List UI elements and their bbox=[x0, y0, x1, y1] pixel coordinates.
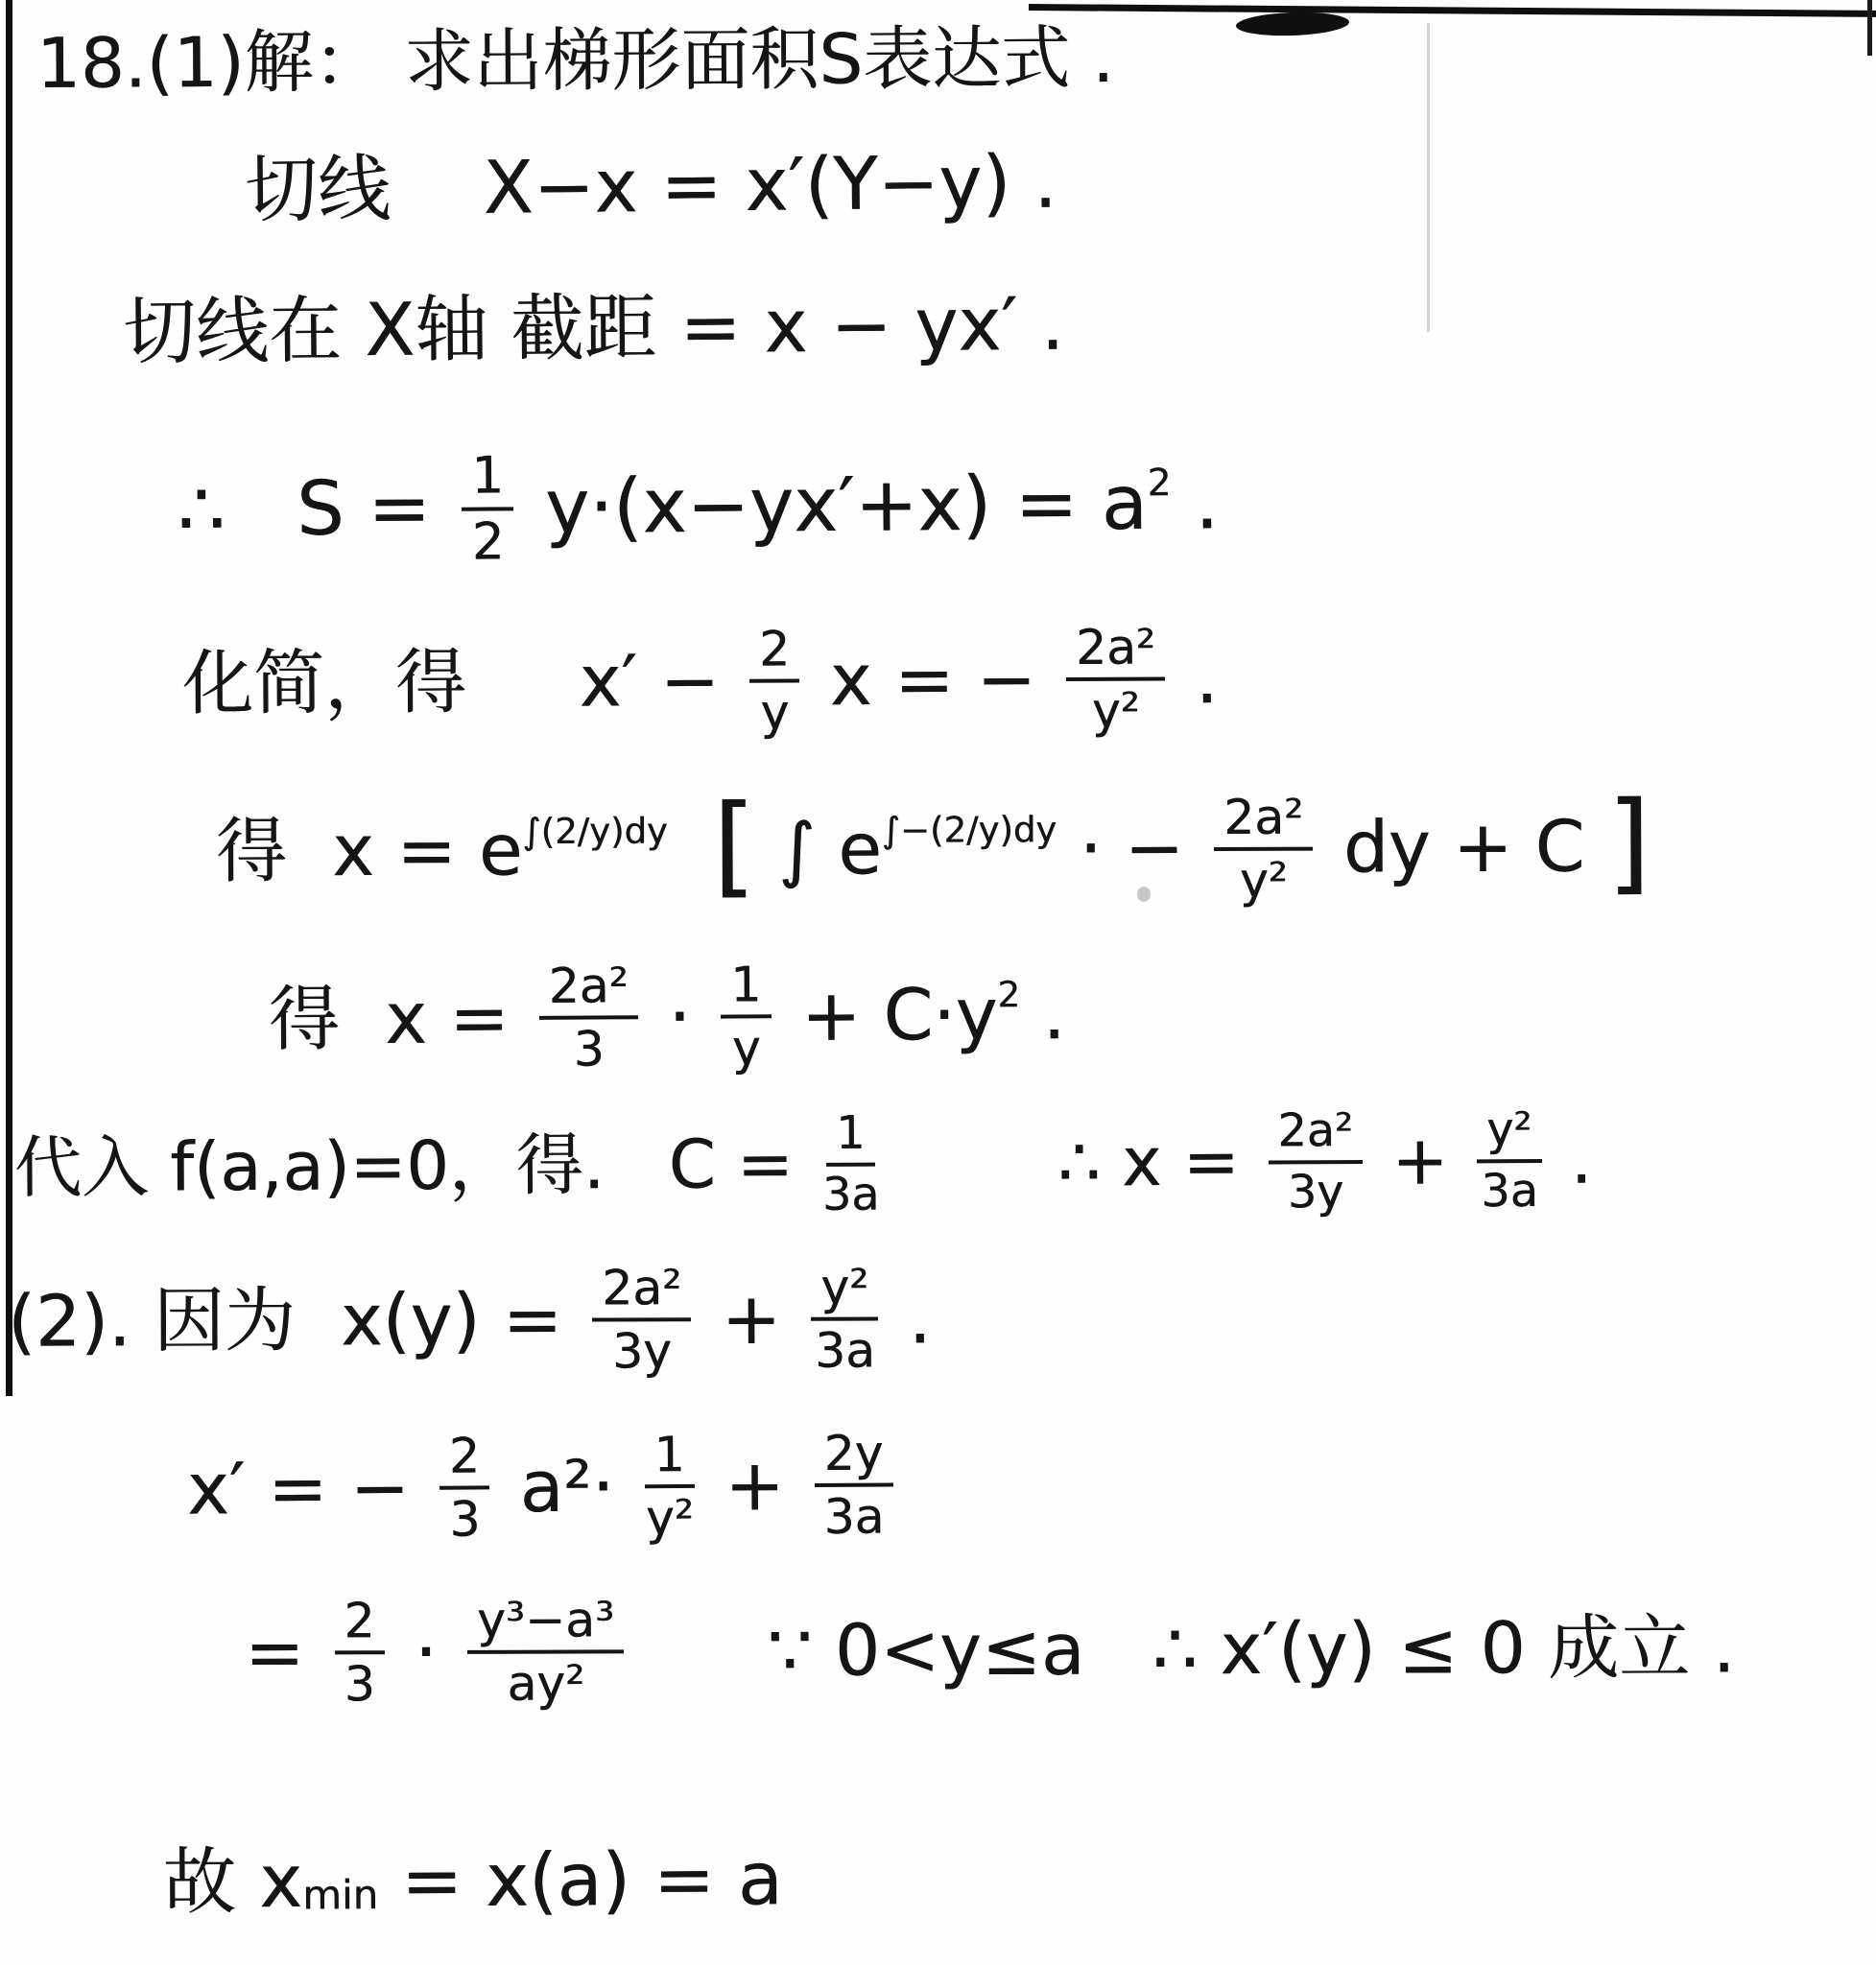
fraction-numerator: 1 bbox=[721, 960, 771, 1019]
text-run: ∴ x = bbox=[887, 1124, 1261, 1203]
fraction-numerator: 1 bbox=[462, 450, 513, 510]
fraction-denominator: 3 bbox=[573, 1020, 604, 1075]
text-run: 得 x = e bbox=[216, 811, 523, 893]
fraction-numerator: 2a² bbox=[1066, 623, 1165, 681]
superscript: ∫−(2/y)dy bbox=[882, 810, 1057, 851]
text-run: . bbox=[1020, 974, 1066, 1055]
fraction-denominator: 3 bbox=[344, 1655, 375, 1709]
fraction-numerator: 2 bbox=[439, 1432, 489, 1490]
text-run: ∵ 0<y≤a ∴ x′(y) ≤ 0 成立 . bbox=[631, 1607, 1735, 1693]
fraction-numerator: 2a² bbox=[1214, 793, 1313, 851]
fraction-numerator: y² bbox=[1477, 1107, 1542, 1163]
scan-artifact-top-line bbox=[1029, 4, 1876, 17]
text-run: 切线在 X轴 截距 = x − yx′ . bbox=[123, 282, 1065, 374]
constant-evaluation-line: 代入 f(a,a)=0，得. C = 13a ∴ x = 2a²3y + y²3… bbox=[14, 1107, 1593, 1222]
text-run: x = − bbox=[807, 639, 1058, 722]
text-run: 故 x bbox=[163, 1839, 303, 1924]
text-run: + bbox=[699, 1279, 803, 1361]
text-run: · bbox=[646, 976, 714, 1058]
fraction-denominator: 3a bbox=[815, 1321, 875, 1376]
scan-artifact-faint-vertical-line bbox=[1427, 23, 1430, 332]
text-run: 得 x = bbox=[269, 978, 532, 1061]
tangent-line-equation: 切线 X−x = x′(Y−y) . bbox=[245, 140, 1057, 232]
superscript: 2 bbox=[997, 975, 1020, 1016]
fraction: 2a²3 bbox=[538, 961, 638, 1074]
bracket: [ bbox=[713, 783, 756, 910]
part2-function-line: (2). 因为 x(y) = 2a²3y + y²3a . bbox=[8, 1263, 932, 1378]
text-run: ∴ S = bbox=[178, 466, 455, 555]
fraction-denominator: y bbox=[732, 1019, 761, 1074]
text-run bbox=[668, 810, 713, 891]
fraction: 2a²3y bbox=[1268, 1108, 1363, 1216]
fraction-numerator: 2 bbox=[334, 1597, 384, 1654]
text-run: + bbox=[701, 1445, 807, 1527]
fraction: 2a²y² bbox=[1214, 793, 1313, 905]
text-run: = x(a) = a bbox=[378, 1836, 783, 1923]
text-run: . bbox=[886, 1278, 931, 1360]
fraction-denominator: y² bbox=[1092, 681, 1140, 736]
text-run: · − bbox=[1057, 808, 1206, 890]
text-run: · bbox=[392, 1612, 460, 1693]
fraction-denominator: y bbox=[760, 683, 789, 737]
fraction-numerator: 1 bbox=[826, 1111, 875, 1167]
text-run: a²· bbox=[497, 1446, 637, 1528]
fraction-denominator: y² bbox=[646, 1488, 694, 1543]
minimum-conclusion-line: 故 xmin = x(a) = a bbox=[163, 1836, 783, 1924]
text-run: ∫ e bbox=[756, 810, 882, 892]
text-run: y·(x−yx′+x) = a bbox=[521, 462, 1148, 552]
scanned-handwritten-page: 18.(1)解： 求出梯形面积S表达式 . 切线 X−x = x′(Y−y) .… bbox=[0, 0, 1876, 1965]
fraction: 2a²y² bbox=[1066, 623, 1166, 735]
page-left-border-line bbox=[6, 0, 12, 1396]
fraction-denominator: 2 bbox=[471, 510, 504, 567]
fraction-denominator: 3a bbox=[823, 1487, 884, 1542]
fraction: 12 bbox=[462, 450, 514, 567]
text-run: (2). 因为 x(y) = bbox=[8, 1279, 585, 1362]
derivative-line: x′ = − 23 a²· 1y² + 2y3a bbox=[187, 1429, 901, 1546]
fraction-numerator: y² bbox=[811, 1264, 878, 1322]
ode-general-solution-line: 得 x = e∫(2/y)dy [ ∫ e∫−(2/y)dy · − 2a²y²… bbox=[216, 784, 1650, 915]
text-run: + bbox=[1370, 1123, 1470, 1200]
superscript: 2 bbox=[1147, 462, 1171, 506]
text-run: 18.(1)解： 求出梯形面积S表达式 . bbox=[36, 18, 1114, 104]
fraction: y²3a bbox=[811, 1264, 878, 1376]
text-run: x′ = − bbox=[187, 1448, 433, 1531]
text-run: 化简，得 x′ − bbox=[182, 641, 743, 725]
fraction-denominator: 3y bbox=[1288, 1164, 1344, 1216]
fraction: 2y3a bbox=[814, 1429, 893, 1541]
derivative-sign-line: = 23 · y³−a³ay² ∵ 0<y≤a ∴ x′(y) ≤ 0 成立 . bbox=[245, 1592, 1736, 1709]
scan-artifact-corner-mark bbox=[1867, 0, 1872, 56]
fraction: 2a²3y bbox=[592, 1264, 691, 1376]
fraction: 1y² bbox=[644, 1431, 695, 1543]
fraction-numerator: 2a² bbox=[592, 1264, 691, 1322]
area-equation-line: ∴ S = 12 y·(x−yx′+x) = a2 . bbox=[178, 445, 1220, 570]
text-run: = bbox=[245, 1612, 327, 1693]
fraction-denominator: 3a bbox=[822, 1166, 880, 1218]
fraction-numerator: 2a² bbox=[1268, 1108, 1363, 1164]
fraction-numerator: 2 bbox=[749, 625, 799, 683]
fraction: y³−a³ay² bbox=[467, 1596, 625, 1708]
fraction-denominator: y² bbox=[1240, 851, 1288, 905]
fraction: 23 bbox=[439, 1432, 490, 1544]
fraction-numerator: 1 bbox=[644, 1431, 694, 1489]
fraction: 13a bbox=[821, 1111, 879, 1218]
solution-with-constant-line: 得 x = 2a²3 · 1y + C·y2 . bbox=[269, 959, 1066, 1076]
fraction-numerator: 2a² bbox=[538, 961, 637, 1020]
bracket: ] bbox=[1607, 780, 1650, 907]
text-run: . bbox=[1171, 461, 1219, 547]
text-run: . bbox=[1173, 638, 1218, 720]
fraction-denominator: 3 bbox=[449, 1490, 480, 1545]
fraction-denominator: 3a bbox=[1481, 1163, 1538, 1215]
superscript: ∫(2/y)dy bbox=[522, 811, 668, 852]
fraction-denominator: 3y bbox=[612, 1322, 672, 1377]
text-run: 代入 f(a,a)=0，得. C = bbox=[14, 1125, 815, 1207]
text-run: dy + C bbox=[1320, 807, 1607, 889]
fraction-denominator: ay² bbox=[507, 1654, 584, 1709]
subscript: min bbox=[302, 1872, 378, 1918]
fraction: 2y bbox=[749, 625, 800, 737]
fraction: 1y bbox=[721, 960, 772, 1073]
x-axis-intercept-line: 切线在 X轴 截距 = x − yx′ . bbox=[123, 282, 1065, 374]
solution-header-line: 18.(1)解： 求出梯形面积S表达式 . bbox=[36, 18, 1114, 104]
fraction-numerator: y³−a³ bbox=[467, 1596, 624, 1654]
text-run: + C·y bbox=[778, 974, 998, 1057]
text-run: 切线 X−x = x′(Y−y) . bbox=[245, 140, 1057, 232]
fraction: y²3a bbox=[1477, 1107, 1542, 1215]
text-run: . bbox=[1549, 1122, 1592, 1199]
simplified-ode-line: 化简，得 x′ − 2y x = − 2a²y² . bbox=[182, 623, 1219, 740]
ink-blob bbox=[1236, 11, 1350, 37]
fraction-numerator: 2y bbox=[814, 1429, 892, 1487]
fraction: 23 bbox=[334, 1597, 384, 1709]
